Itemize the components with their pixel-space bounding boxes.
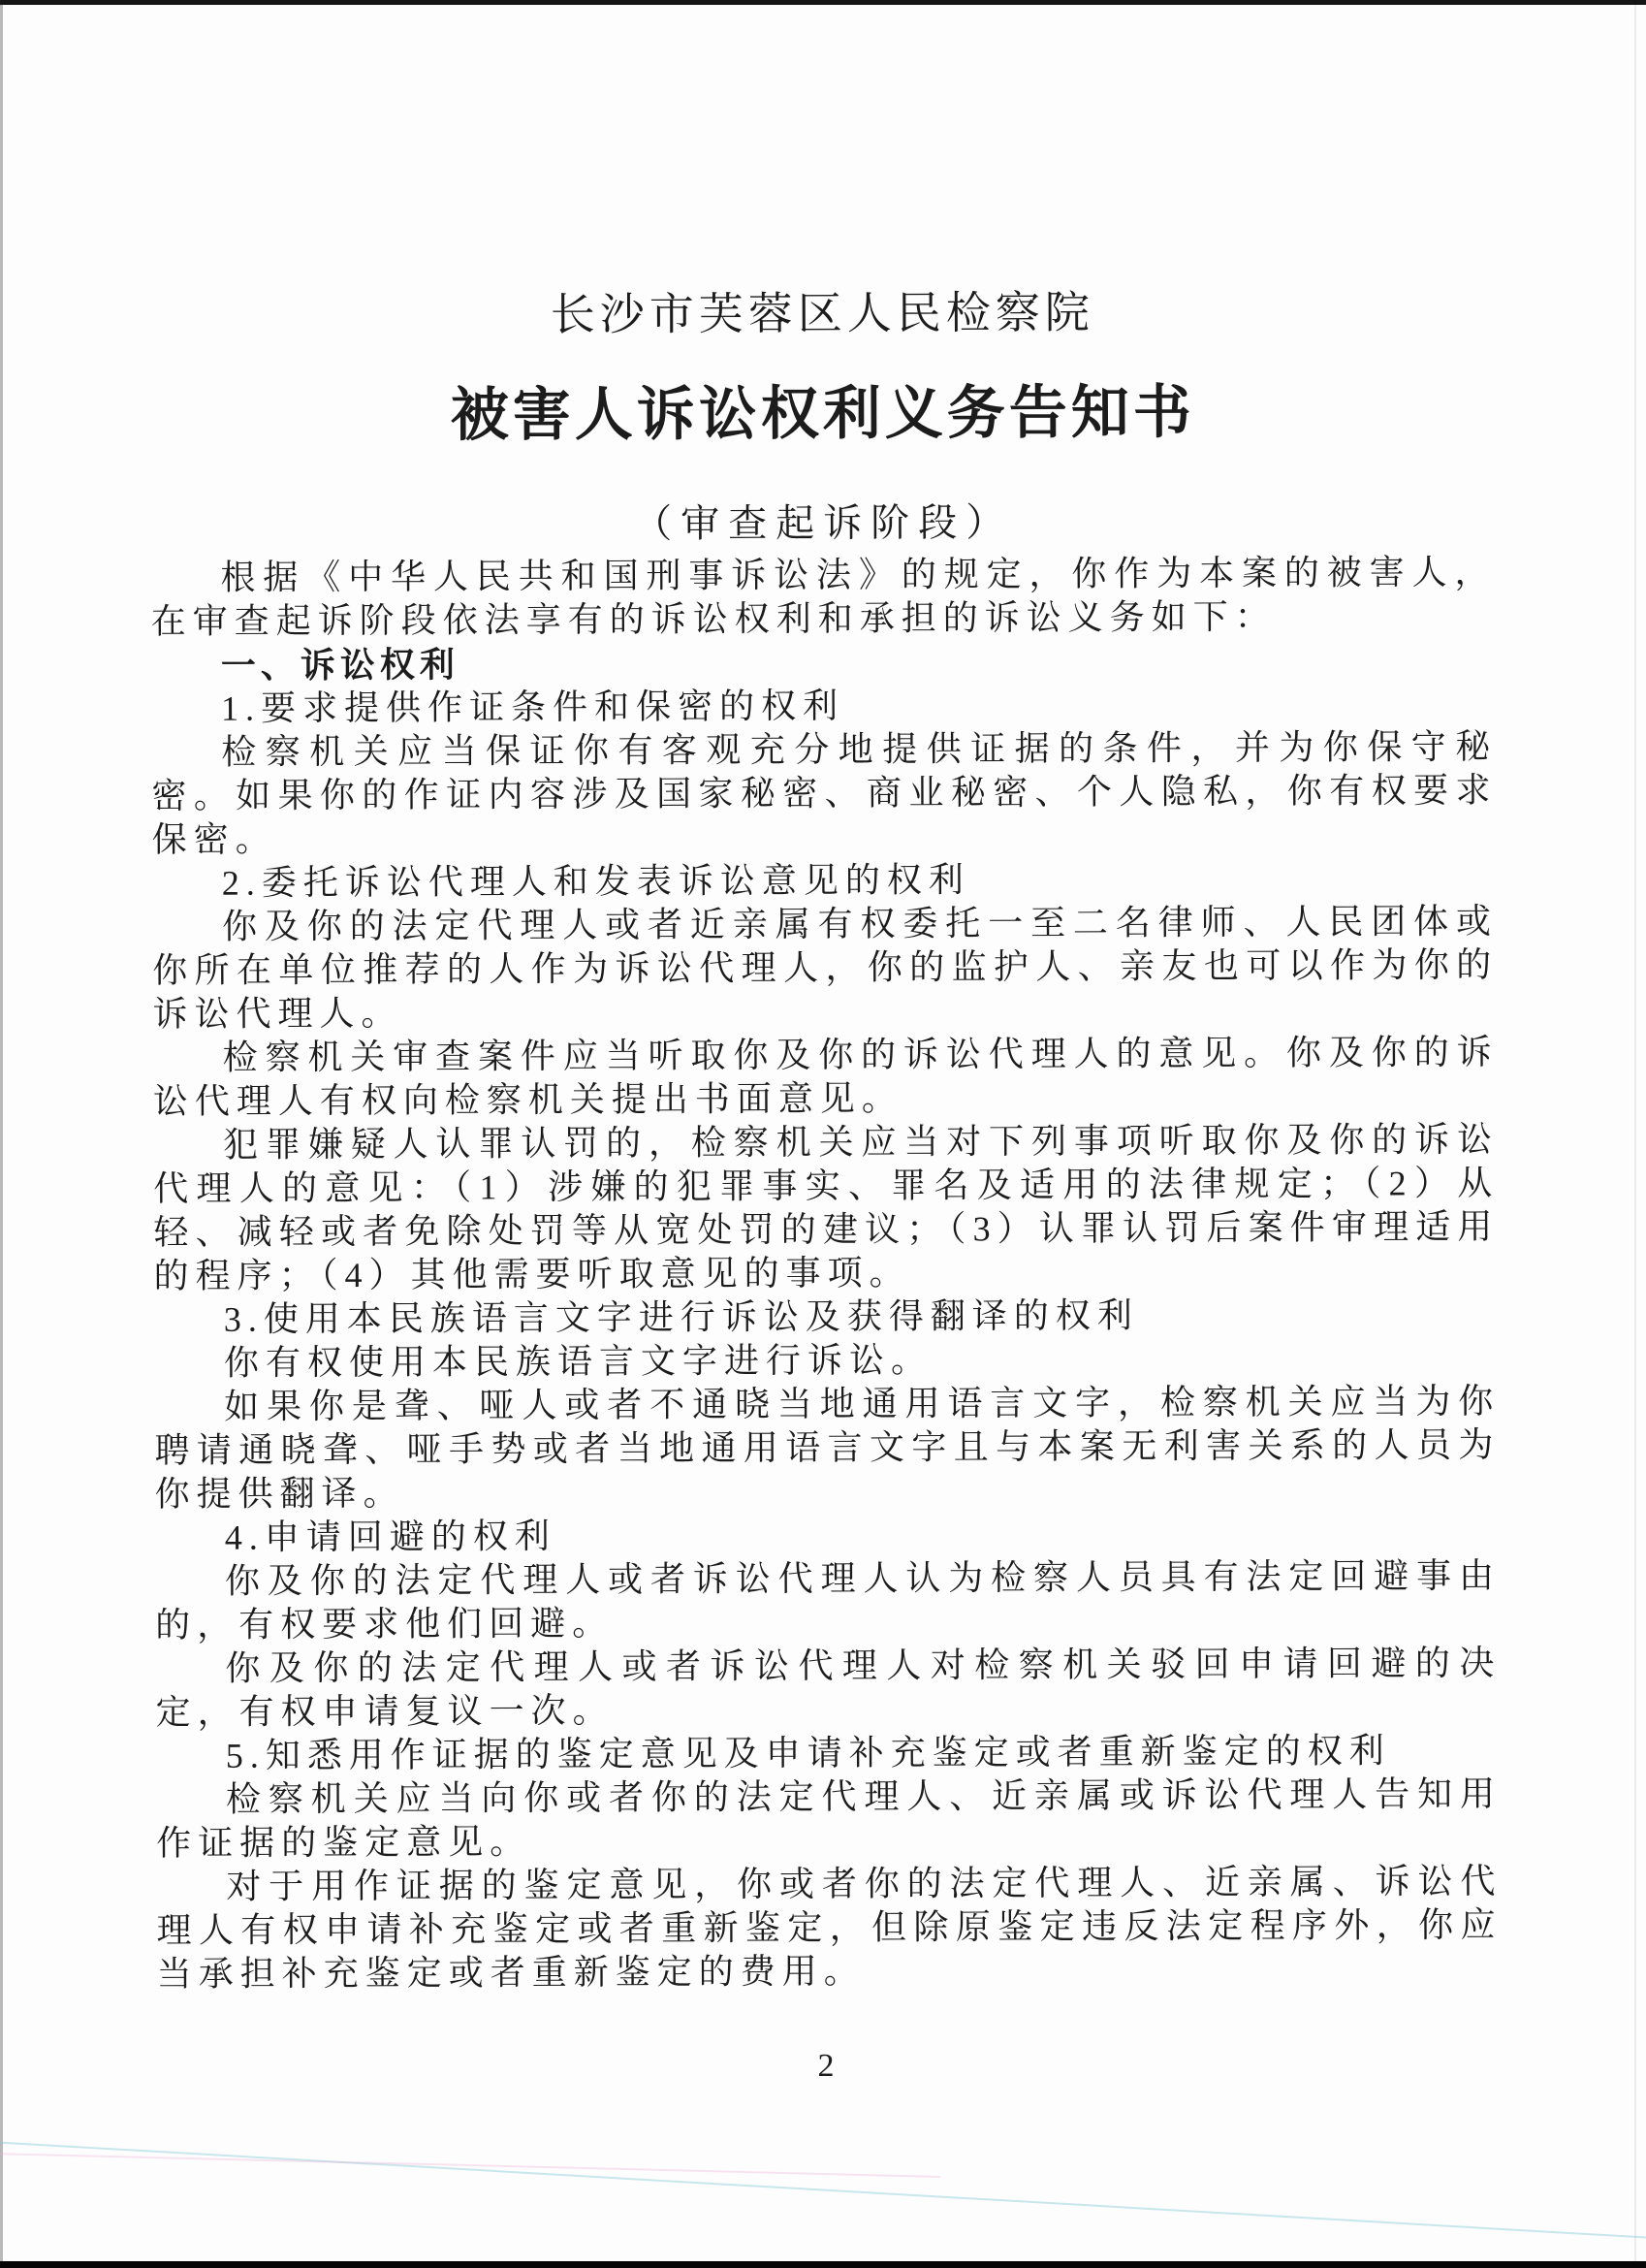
paragraph: 对于用作证据的鉴定意见，你或者你的法定代理人、近亲属、诉讼代理人有权申请补充鉴定… bbox=[156, 1860, 1503, 1996]
paragraph: 你及你的法定代理人或者近亲属有权委托一至二名律师、人民团体或你所在单位推荐的人作… bbox=[152, 900, 1499, 1037]
item-heading-5: 5.知悉用作证据的鉴定意见及申请补充鉴定或者重新鉴定的权利 bbox=[156, 1729, 1502, 1778]
document-content: 长沙市芙蓉区人民检察院 被害人诉讼权利义务告知书 （审查起诉阶段） 根据《中华人… bbox=[149, 285, 1503, 1996]
scan-artifact-line-pink bbox=[0, 2153, 940, 2178]
stage-subtitle: （审查起诉阶段） bbox=[150, 496, 1496, 551]
scan-edge-top bbox=[0, 0, 1646, 5]
scan-artifact-line-cyan bbox=[0, 2141, 1646, 2240]
scan-edge-left bbox=[0, 0, 3, 2268]
paragraph: 如果你是聋、哑人或者不通晓当地通用语言文字，检察机关应当为你聘请通晓聋、哑手势或… bbox=[154, 1380, 1501, 1517]
paragraph: 检察机关应当向你或者你的法定代理人、近亲属或诉讼代理人告知用作证据的鉴定意见。 bbox=[156, 1773, 1502, 1866]
item-heading-1: 1.要求提供作证条件和保密的权利 bbox=[151, 682, 1497, 731]
section-heading-rights: 一、诉讼权利 bbox=[151, 638, 1497, 687]
document-body: 根据《中华人民共和国刑事诉讼法》的规定，你作为本案的被害人，在审查起诉阶段依法享… bbox=[150, 551, 1502, 1996]
paragraph: 犯罪嫌疑人认罪认罚的，检察机关应当对下列事项听取你及你的诉讼代理人的意见：（1）… bbox=[153, 1118, 1500, 1298]
scan-edge-bottom bbox=[0, 2261, 1646, 2268]
item-heading-4: 4.申请回避的权利 bbox=[155, 1511, 1501, 1560]
item-heading-3: 3.使用本民族语言文字进行诉讼及获得翻译的权利 bbox=[154, 1293, 1500, 1342]
paragraph: 你有权使用本民族语言文字进行诉讼。 bbox=[154, 1336, 1500, 1386]
scanned-document-page: 长沙市芙蓉区人民检察院 被害人诉讼权利义务告知书 （审查起诉阶段） 根据《中华人… bbox=[0, 0, 1646, 2268]
paragraph: 检察机关应当保证你有客观充分地提供证据的条件，并为你保守秘密。如果你的作证内容涉… bbox=[151, 725, 1498, 862]
paragraph: 检察机关审查案件应当听取你及你的诉讼代理人的意见。你及你的诉讼代理人有权向检察机… bbox=[153, 1031, 1499, 1124]
paragraph-intro: 根据《中华人民共和国刑事诉讼法》的规定，你作为本案的被害人，在审查起诉阶段依法享… bbox=[150, 551, 1496, 644]
issuer-title: 长沙市芙蓉区人民检察院 bbox=[149, 285, 1495, 343]
item-heading-2: 2.委托诉讼代理人和发表诉讼意见的权利 bbox=[152, 856, 1498, 906]
paragraph: 你及你的法定代理人或者诉讼代理人对检察机关驳回申请回避的决定，有权申请复议一次。 bbox=[155, 1642, 1501, 1735]
scan-edge-right bbox=[1634, 0, 1636, 2268]
paragraph: 你及你的法定代理人或者诉讼代理人认为检察人员具有法定回避事由的，有权要求他们回避… bbox=[155, 1554, 1501, 1647]
document-title: 被害人诉讼权利义务告知书 bbox=[150, 376, 1496, 452]
page-number: 2 bbox=[153, 2044, 1499, 2088]
